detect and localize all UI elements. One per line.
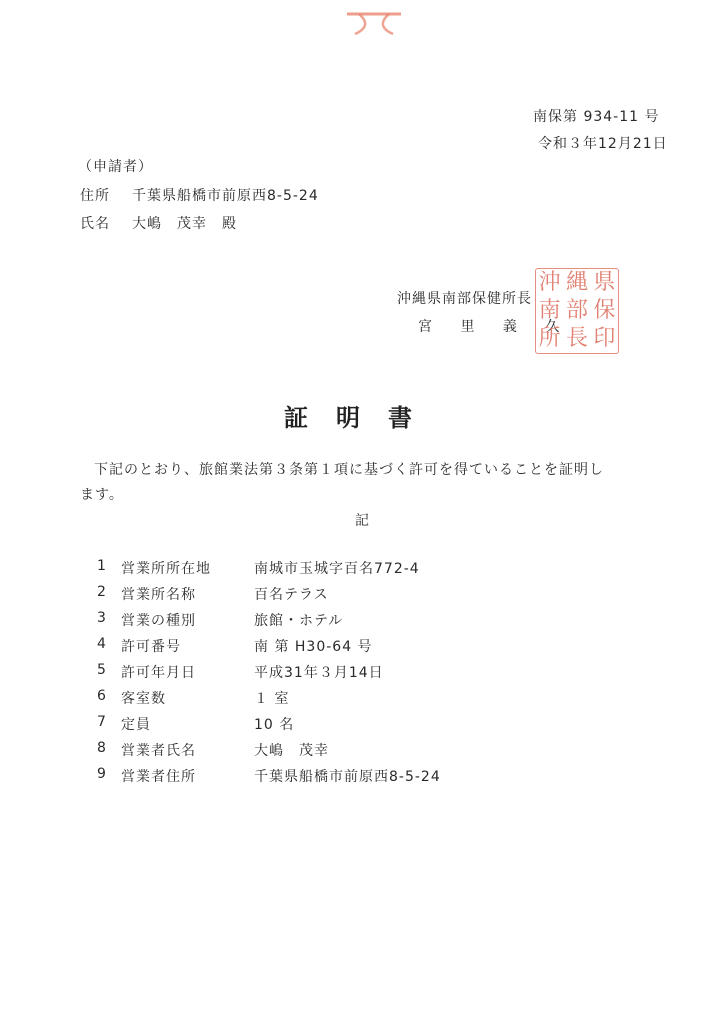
item-number: 9 <box>97 766 107 782</box>
seal-char: 保 <box>591 300 618 322</box>
seal-char: 所 <box>536 328 563 350</box>
item-label: 定員 <box>121 714 151 734</box>
item-number: 8 <box>97 740 107 756</box>
item-number: 3 <box>97 610 107 626</box>
statement-line-1: 下記のとおり、旅館業法第３条第１項に基づく許可を得ていることを証明し <box>80 458 660 483</box>
item-number: 1 <box>97 558 107 574</box>
ki-marker: 記 <box>0 510 724 530</box>
item-label: 客室数 <box>121 688 166 708</box>
applicant-address: 住所千葉県船橋市前原西8-5-24 <box>80 189 319 203</box>
item-value: 10 名 <box>254 714 294 734</box>
item-value: 大嶋 茂幸 <box>254 740 329 760</box>
item-label: 営業者氏名 <box>121 740 196 760</box>
item-label: 営業の種別 <box>121 610 196 630</box>
address-label: 住所 <box>80 189 132 203</box>
seal-char: 県 <box>591 272 618 294</box>
item-value: １ 室 <box>254 688 289 708</box>
issuer-name-part: 宮 <box>418 320 433 334</box>
address-value: 千葉県船橋市前原西8-5-24 <box>132 188 319 204</box>
reference-number: 南保第 934-11 号 <box>533 110 660 124</box>
document-title: 証明書 <box>0 398 724 433</box>
item-value: 千葉県船橋市前原西8-5-24 <box>254 766 441 786</box>
official-seal-icon: 沖 縄 県 南 部 保 所 長 印 <box>535 268 619 354</box>
name-label: 氏名 <box>80 217 132 231</box>
certification-statement: 下記のとおり、旅館業法第３条第１項に基づく許可を得ていることを証明し ます。 <box>80 458 660 508</box>
seal-char: 沖 <box>536 272 563 294</box>
issue-date: 令和３年12月21日 <box>538 137 668 151</box>
applicant-name: 氏名大嶋 茂幸 殿 <box>80 217 237 231</box>
item-number: 6 <box>97 688 107 704</box>
seal-char: 印 <box>591 328 618 350</box>
item-number: 4 <box>97 636 107 652</box>
item-number: 7 <box>97 714 107 730</box>
item-label: 営業所名称 <box>121 584 196 604</box>
applicant-heading: （申請者） <box>78 160 153 174</box>
issuer-name-part: 義 <box>503 320 518 334</box>
seal-char: 縄 <box>563 272 590 294</box>
item-label: 営業所所在地 <box>121 558 211 578</box>
issuer-name-part: 里 <box>460 320 475 334</box>
name-value: 大嶋 茂幸 殿 <box>132 216 237 232</box>
item-number: 2 <box>97 584 107 600</box>
item-number: 5 <box>97 662 107 678</box>
seal-char: 長 <box>563 328 590 350</box>
item-label: 許可番号 <box>121 636 181 656</box>
statement-line-2: ます。 <box>80 483 660 508</box>
item-value: 南 第 H30-64 号 <box>254 636 373 656</box>
seal-char: 南 <box>536 300 563 322</box>
item-label: 営業者住所 <box>121 766 196 786</box>
partial-stamp-mark-icon <box>343 8 405 36</box>
issuer-organization: 沖縄県南部保健所長 <box>397 292 532 306</box>
seal-char: 部 <box>563 300 590 322</box>
item-value: 平成31年３月14日 <box>254 662 384 682</box>
item-label: 許可年月日 <box>121 662 196 682</box>
item-value: 南城市玉城字百名772-4 <box>254 558 420 578</box>
item-value: 旅館・ホテル <box>254 610 343 630</box>
item-value: 百名テラス <box>254 584 329 604</box>
